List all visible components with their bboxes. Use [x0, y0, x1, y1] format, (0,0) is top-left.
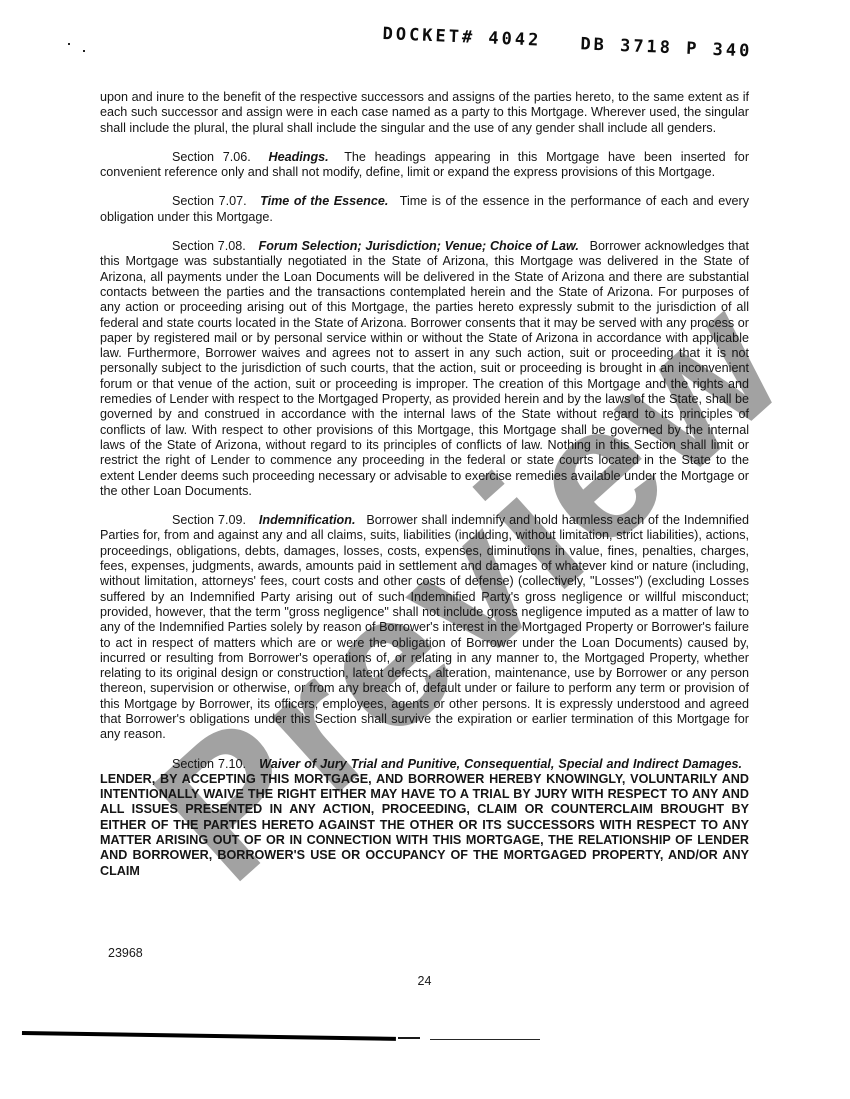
bottom-rule-thin — [430, 1039, 540, 1040]
section-label: Section 7.09. — [172, 513, 246, 527]
section-text: LENDER, BY ACCEPTING THIS MORTGAGE, AND … — [100, 772, 749, 878]
docket-number: DOCKET# 4042 — [382, 24, 542, 51]
section-label: Section 7.10. — [172, 757, 246, 771]
deed-book-page-number: DB 3718 P 340 — [580, 34, 753, 61]
section-title: Waiver of Jury Trial and Punitive, Conse… — [259, 757, 742, 771]
document-body: upon and inure to the benefit of the res… — [100, 90, 749, 893]
section-title: Headings. — [268, 150, 328, 164]
docket-stamp: DOCKET# 4042 DB 3718 P 340 — [382, 24, 753, 59]
section-title: Time of the Essence. — [260, 194, 388, 208]
ink-speck — [83, 50, 85, 52]
section-7-06-headings: Section 7.06. Headings. The headings app… — [100, 150, 749, 181]
section-title: Forum Selection; Jurisdiction; Venue; Ch… — [259, 239, 579, 253]
paragraph-continuation: upon and inure to the benefit of the res… — [100, 90, 749, 136]
section-text: Borrower acknowledges that this Mortgage… — [100, 239, 749, 498]
section-text: Borrower shall indemnify and hold harmle… — [100, 513, 749, 741]
ink-speck — [68, 43, 70, 45]
bottom-rule-fragment — [398, 1037, 420, 1039]
section-7-09-indemnification: Section 7.09. Indemnification. Borrower … — [100, 513, 749, 742]
section-7-08-forum-selection: Section 7.08. Forum Selection; Jurisdict… — [100, 239, 749, 499]
section-7-10-waiver-of-jury-trial: Section 7.10. Waiver of Jury Trial and P… — [100, 757, 749, 879]
page-number: 24 — [100, 974, 749, 988]
document-number: 23968 — [108, 946, 143, 960]
section-7-07-time-of-the-essence: Section 7.07. Time of the Essence. Time … — [100, 194, 749, 225]
section-label: Section 7.08. — [172, 239, 246, 253]
section-label: Section 7.06. — [172, 150, 251, 164]
document-page: Preview DOCKET# 4042 DB 3718 P 340 upon … — [0, 0, 850, 1099]
section-label: Section 7.07. — [172, 194, 247, 208]
paragraph-text: upon and inure to the benefit of the res… — [100, 90, 749, 135]
bottom-rule — [22, 1031, 396, 1040]
section-title: Indemnification. — [259, 513, 356, 527]
